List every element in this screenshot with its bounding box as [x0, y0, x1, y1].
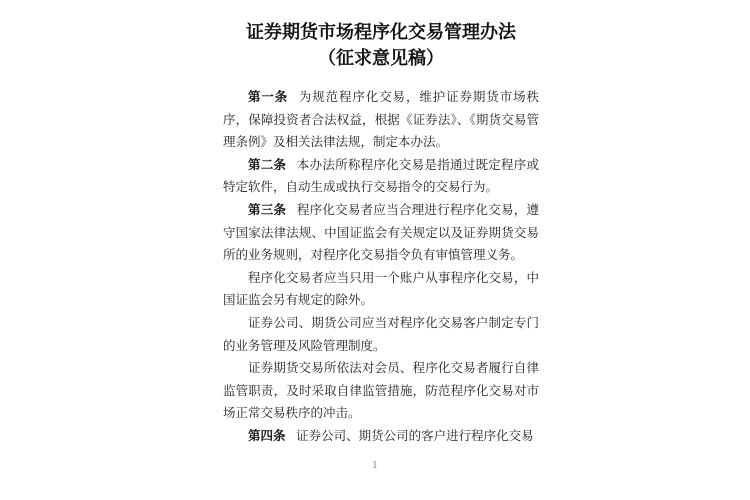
- paragraph-text: 证券公司、期货公司应当对程序化交易客户制定专门的业务管理及风险管理制度。: [223, 315, 539, 353]
- document-body: 第一条为规范程序化交易，维护证券期货市场秩序，保障投资者合法权益，根据《证券法》…: [223, 86, 539, 448]
- article-number-label: 第一条: [248, 89, 288, 104]
- document-subtitle: （征求意见稿）: [223, 46, 539, 72]
- document-page: 证券期货市场程序化交易管理办法 （征求意见稿） 第一条为规范程序化交易，维护证券…: [0, 0, 750, 500]
- article-number-label: 第三条: [248, 202, 286, 217]
- document-content: 证券期货市场程序化交易管理办法 （征求意见稿） 第一条为规范程序化交易，维护证券…: [223, 20, 539, 448]
- paragraph: 第四条证券公司、期货公司的客户进行程序化交易: [223, 425, 539, 448]
- paragraph: 程序化交易者应当只用一个账户从事程序化交易，中国证监会另有规定的除外。: [223, 267, 539, 312]
- paragraph: 证券公司、期货公司应当对程序化交易客户制定专门的业务管理及风险管理制度。: [223, 312, 539, 357]
- paragraph-text: 证券期货交易所依法对会员、程序化交易者履行自律监管职责，及时采取自律监管措施，防…: [223, 360, 539, 420]
- paragraph: 第二条本办法所称程序化交易是指通过既定程序或特定软件，自动生成或执行交易指令的交…: [223, 154, 539, 199]
- article-number-label: 第四条: [248, 428, 286, 443]
- paragraph: 第三条程序化交易者应当合理进行程序化交易，遵守国家法律法规、中国证监会有关规定以…: [223, 199, 539, 267]
- paragraph-text: 程序化交易者应当只用一个账户从事程序化交易，中国证监会另有规定的除外。: [223, 270, 539, 308]
- page-number: 1: [0, 460, 750, 472]
- paragraph-text: 证券公司、期货公司的客户进行程序化交易: [296, 428, 534, 443]
- article-number-label: 第二条: [248, 157, 286, 172]
- paragraph: 证券期货交易所依法对会员、程序化交易者履行自律监管职责，及时采取自律监管措施，防…: [223, 357, 539, 425]
- document-title: 证券期货市场程序化交易管理办法: [223, 20, 539, 46]
- paragraph: 第一条为规范程序化交易，维护证券期货市场秩序，保障投资者合法权益，根据《证券法》…: [223, 86, 539, 154]
